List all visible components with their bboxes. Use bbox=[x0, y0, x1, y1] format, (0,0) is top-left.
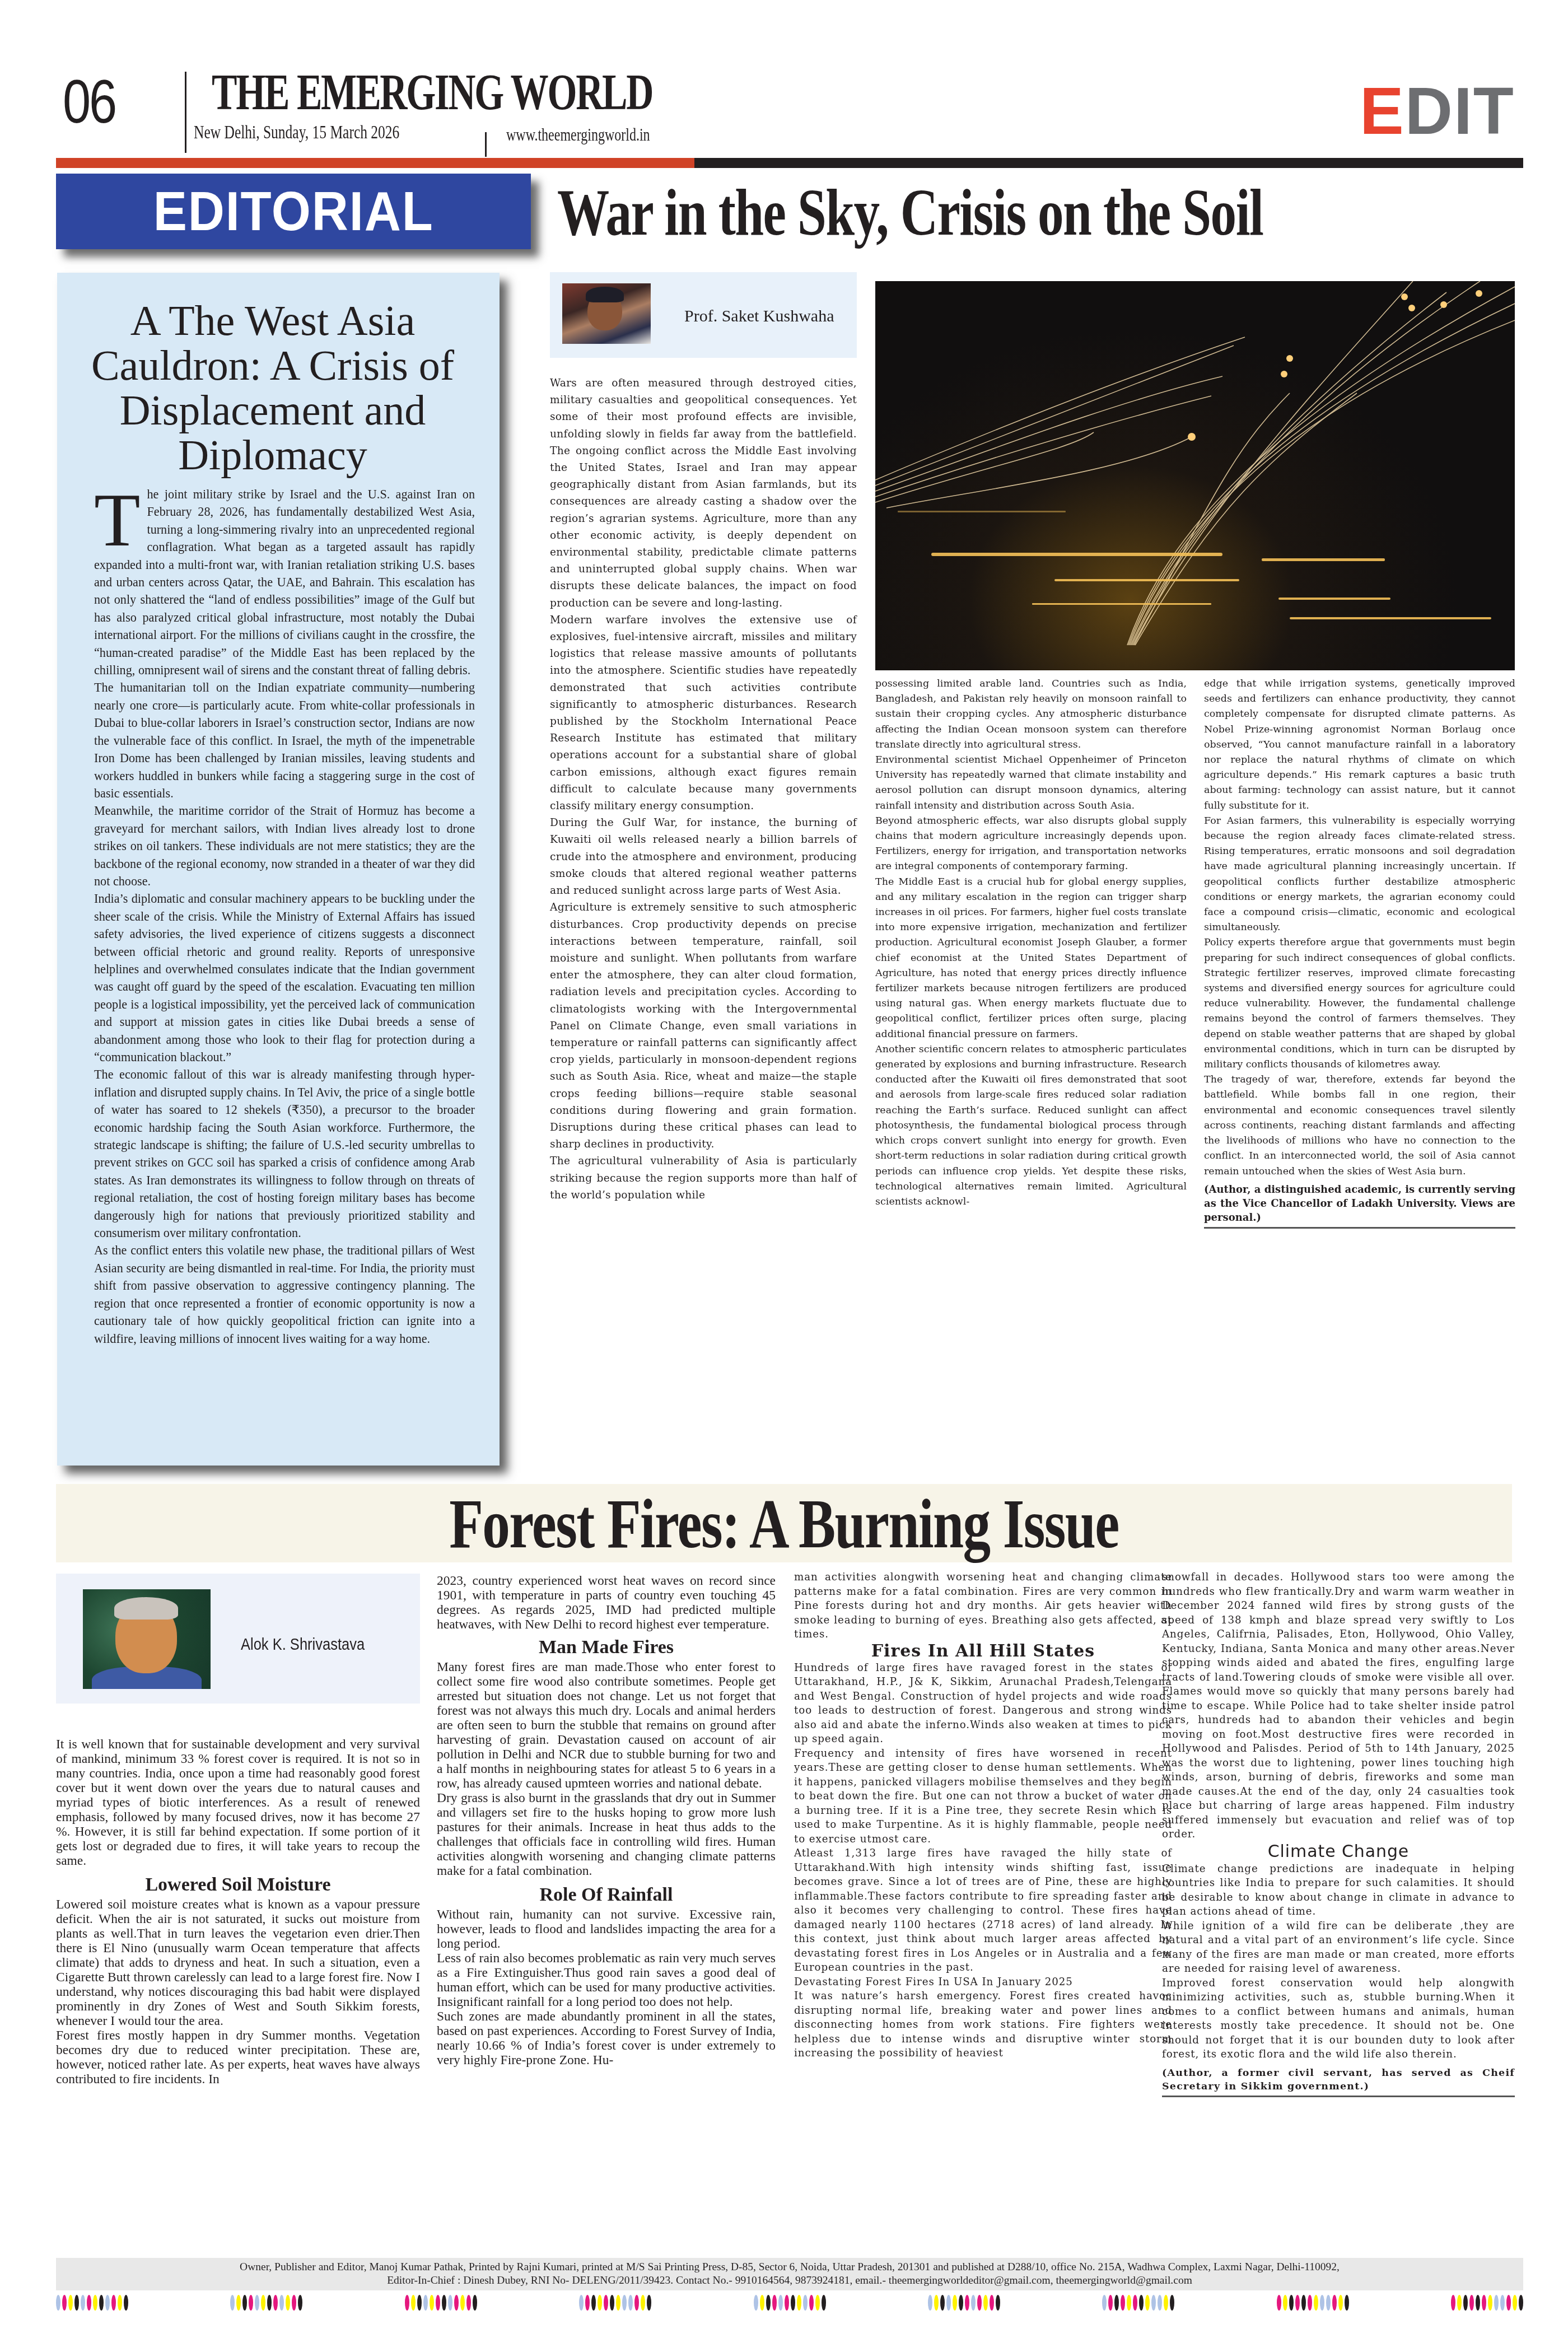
author-photo-kushwaha bbox=[562, 283, 651, 344]
registration-mark-group bbox=[928, 2295, 1000, 2312]
west-asia-paragraph: Meanwhile, the maritime corridor of the … bbox=[94, 802, 475, 890]
color-registration-marks bbox=[56, 2295, 1523, 2312]
registration-dot bbox=[616, 2295, 620, 2311]
hair-shape bbox=[114, 1597, 178, 1620]
masthead-bar-black bbox=[694, 158, 1523, 168]
article-paragraph: It is well known that for sustainable de… bbox=[56, 1737, 420, 1868]
forest-article-column-4: snowfall in decades. Hollywood stars too… bbox=[1162, 1570, 1515, 2097]
editorial-section-tag: EDITORIAL bbox=[56, 174, 531, 249]
registration-mark-group bbox=[579, 2295, 651, 2312]
registration-mark-group bbox=[754, 2295, 826, 2312]
registration-dot bbox=[242, 2295, 247, 2311]
registration-mark-group bbox=[1451, 2295, 1523, 2312]
registration-dot bbox=[93, 2295, 97, 2311]
registration-dot bbox=[604, 2295, 608, 2311]
page-number: 06 bbox=[63, 66, 115, 137]
registration-dot bbox=[809, 2295, 814, 2311]
author-note: (Author, a former civil servant, has ser… bbox=[1162, 2066, 1515, 2097]
registration-dot bbox=[1482, 2295, 1486, 2311]
author-card-shrivastava: Alok K. Shrivastava bbox=[56, 1574, 420, 1704]
registration-mark-group bbox=[405, 2295, 477, 2312]
registration-dot bbox=[1170, 2295, 1174, 2311]
print-imprint: Owner, Publisher and Editor, Manoj Kumar… bbox=[56, 2258, 1523, 2290]
article-paragraph: The tragedy of war, therefore, extends f… bbox=[1204, 1072, 1515, 1179]
article-paragraph: The Middle East is a crucial hub for glo… bbox=[875, 875, 1187, 1042]
registration-dot bbox=[1457, 2295, 1462, 2311]
article-paragraph: Lowered soil moisture creates what is kn… bbox=[56, 1897, 420, 2028]
registration-dot bbox=[1102, 2295, 1107, 2311]
registration-dot bbox=[279, 2295, 284, 2311]
article-paragraph: Such zones are made abundantly prominent… bbox=[437, 2009, 776, 2068]
registration-dot bbox=[1108, 2295, 1113, 2311]
registration-dot bbox=[977, 2295, 982, 2311]
west-asia-title: A The West Asia Cauldron: A Crisis of Di… bbox=[74, 298, 472, 478]
author-name: Prof. Saket Kushwaha bbox=[684, 307, 834, 326]
hair-shape bbox=[586, 287, 624, 302]
registration-dot bbox=[448, 2295, 452, 2311]
west-asia-paragraph: The joint military strike by Israel and … bbox=[94, 486, 475, 679]
forest-article-column-2: 2023, country experienced worst heat wav… bbox=[437, 1574, 776, 2068]
registration-dot bbox=[442, 2295, 446, 2311]
registration-dot bbox=[1488, 2295, 1492, 2311]
registration-dot bbox=[1513, 2295, 1517, 2311]
subhead-role-of-rainfall: Role Of Rainfall bbox=[437, 1883, 776, 1907]
article-paragraph: Forest fires mostly happen in dry Summer… bbox=[56, 2028, 420, 2087]
registration-dot bbox=[1320, 2295, 1324, 2311]
registration-dot bbox=[118, 2295, 122, 2311]
registration-dot bbox=[56, 2295, 60, 2311]
subhead-man-made-fires: Man Made Fires bbox=[437, 1635, 776, 1660]
website-link[interactable]: www.theemergingworld.in bbox=[506, 124, 650, 145]
imprint-line-2: Editor-In-Chief : Dinesh Dubey, RNI No- … bbox=[56, 2274, 1523, 2288]
registration-dot bbox=[946, 2295, 951, 2311]
registration-dot bbox=[928, 2295, 932, 2311]
article-paragraph: Dry grass is also burnt in the grassland… bbox=[437, 1791, 776, 1878]
registration-dot bbox=[634, 2295, 639, 2311]
registration-dot bbox=[87, 2295, 91, 2311]
war-article-column-3: edge that while irrigation systems, gene… bbox=[1204, 676, 1515, 1229]
article-paragraph: Hundreds of large fires have ravaged for… bbox=[794, 1661, 1172, 1747]
registration-dot bbox=[466, 2295, 471, 2311]
main-headline: War in the Sky, Crisis on the Soil bbox=[557, 178, 1263, 248]
article-paragraph: The agricultural vulnerability of Asia i… bbox=[550, 1153, 857, 1204]
registration-dot bbox=[822, 2295, 826, 2311]
editorial-tag-label: EDITORIAL bbox=[153, 180, 434, 243]
article-paragraph: Policy experts therefore argue that gove… bbox=[1204, 935, 1515, 1072]
subhead-fires-in-all-hill-states: Fires In All Hill States bbox=[794, 1642, 1172, 1661]
author-card-kushwaha: Prof. Saket Kushwaha bbox=[550, 272, 857, 358]
registration-dot bbox=[81, 2295, 85, 2311]
article-paragraph: Without rain, humanity can not survive. … bbox=[437, 1907, 776, 1951]
article-paragraph: Climate change predictions are inadequat… bbox=[1162, 1862, 1515, 1919]
forest-headline: Forest Fires: A Burning Issue bbox=[202, 1490, 1366, 1559]
article-paragraph: Another scientific concern relates to at… bbox=[875, 1042, 1187, 1210]
registration-dot bbox=[255, 2295, 259, 2311]
registration-dot bbox=[1164, 2295, 1168, 2311]
registration-dot bbox=[430, 2295, 434, 2311]
registration-dot bbox=[1463, 2295, 1468, 2311]
registration-dot bbox=[261, 2295, 265, 2311]
registration-dot bbox=[1121, 2295, 1125, 2311]
registration-dot bbox=[249, 2295, 253, 2311]
section-mark-e: E bbox=[1360, 74, 1405, 148]
registration-dot bbox=[1277, 2295, 1281, 2311]
registration-dot bbox=[1145, 2295, 1150, 2311]
forest-article-column-1: It is well known that for sustainable de… bbox=[56, 1737, 420, 2087]
registration-dot bbox=[423, 2295, 428, 2311]
registration-dot bbox=[996, 2295, 1000, 2311]
imprint-line-1: Owner, Publisher and Editor, Manoj Kumar… bbox=[56, 2261, 1523, 2274]
registration-dot bbox=[815, 2295, 820, 2311]
article-paragraph: edge that while irrigation systems, gene… bbox=[1204, 676, 1515, 814]
registration-dot bbox=[417, 2295, 422, 2311]
article-paragraph: Wars are often measured through destroye… bbox=[550, 375, 857, 612]
section-mark-rest: DIT bbox=[1405, 74, 1515, 148]
registration-dot bbox=[785, 2295, 789, 2311]
registration-dot bbox=[934, 2295, 939, 2311]
registration-dot bbox=[99, 2295, 104, 2311]
article-paragraph: Agriculture is extremely sensitive to su… bbox=[550, 899, 857, 1153]
article-paragraph: Less of rain also becomes problematic as… bbox=[437, 1951, 776, 2009]
registration-dot bbox=[1114, 2295, 1119, 2311]
registration-mark-group bbox=[230, 2295, 302, 2312]
registration-dot bbox=[405, 2295, 409, 2311]
dateline: New Delhi, Sunday, 15 March 2026 bbox=[194, 122, 399, 143]
article-paragraph: Beyond atmospheric effects, war also dis… bbox=[875, 814, 1187, 875]
registration-dot bbox=[641, 2295, 645, 2311]
registration-dot bbox=[1158, 2295, 1162, 2311]
masthead-color-bar bbox=[56, 158, 1523, 168]
paragraph-text: he joint military strike by Israel and t… bbox=[94, 487, 475, 677]
registration-dot bbox=[628, 2295, 633, 2311]
registration-dot bbox=[1326, 2295, 1331, 2311]
west-asia-editorial-box: A The West Asia Cauldron: A Crisis of Di… bbox=[57, 273, 500, 1466]
article-paragraph: Modern warfare involves the extensive us… bbox=[550, 612, 857, 815]
registration-dot bbox=[1308, 2295, 1312, 2311]
registration-dot bbox=[473, 2295, 477, 2311]
author-photo-shrivastava bbox=[83, 1589, 211, 1689]
article-paragraph: During the Gulf War, for instance, the b… bbox=[550, 815, 857, 899]
registration-dot bbox=[983, 2295, 988, 2311]
registration-dot bbox=[754, 2295, 758, 2311]
war-article-column-1: Wars are often measured through destroye… bbox=[550, 375, 857, 1204]
registration-dot bbox=[236, 2295, 241, 2311]
dateline-divider bbox=[485, 132, 487, 157]
registration-dot bbox=[579, 2295, 584, 2311]
article-paragraph: Frequency and intensity of fires have wo… bbox=[794, 1747, 1172, 1847]
registration-dot bbox=[1469, 2295, 1474, 2311]
article-paragraph: While ignition of a wild fire can be del… bbox=[1162, 1919, 1515, 1976]
registration-dot bbox=[267, 2295, 272, 2311]
registration-dot bbox=[959, 2295, 963, 2311]
registration-dot bbox=[591, 2295, 596, 2311]
registration-dot bbox=[411, 2295, 416, 2311]
article-paragraph: Environmental scientist Michael Oppenhei… bbox=[875, 753, 1187, 814]
article-paragraph: Many forest fires are man made.Those who… bbox=[437, 1660, 776, 1791]
article-paragraph: snowfall in decades. Hollywood stars too… bbox=[1162, 1570, 1515, 1842]
registration-dot bbox=[953, 2295, 957, 2311]
registration-dot bbox=[1451, 2295, 1455, 2311]
west-asia-paragraph: The economic fallout of this war is alre… bbox=[94, 1066, 475, 1242]
war-article-column-2: possessing limited arable land. Countrie… bbox=[875, 676, 1187, 1210]
article-paragraph: It was nature’s harsh emergency. Forest … bbox=[794, 1989, 1172, 2061]
registration-dot bbox=[1314, 2295, 1318, 2311]
registration-dot bbox=[124, 2295, 128, 2311]
registration-dot bbox=[778, 2295, 783, 2311]
missile-trails-illustration bbox=[875, 281, 1515, 670]
registration-dot bbox=[1283, 2295, 1287, 2311]
registration-dot bbox=[1506, 2295, 1511, 2311]
author-note: (Author, a distinguished academic, is cu… bbox=[1204, 1183, 1515, 1229]
registration-dot bbox=[797, 2295, 801, 2311]
registration-dot bbox=[68, 2295, 73, 2311]
registration-dot bbox=[585, 2295, 590, 2311]
registration-dot bbox=[760, 2295, 764, 2311]
registration-dot bbox=[971, 2295, 976, 2311]
registration-dot bbox=[74, 2295, 79, 2311]
registration-dot bbox=[791, 2295, 795, 2311]
registration-mark-group bbox=[1102, 2295, 1174, 2312]
registration-dot bbox=[230, 2295, 235, 2311]
registration-dot bbox=[1139, 2295, 1144, 2311]
registration-dot bbox=[1476, 2295, 1480, 2311]
registration-dot bbox=[436, 2295, 440, 2311]
registration-dot bbox=[598, 2295, 602, 2311]
registration-dot bbox=[647, 2295, 651, 2311]
masthead-divider bbox=[185, 72, 186, 153]
registration-dot bbox=[622, 2295, 627, 2311]
registration-dot bbox=[298, 2295, 302, 2311]
drop-cap: T bbox=[94, 491, 140, 550]
registration-dot bbox=[1295, 2295, 1300, 2311]
registration-dot bbox=[766, 2295, 771, 2311]
registration-dot bbox=[990, 2295, 994, 2311]
registration-dot bbox=[454, 2295, 459, 2311]
west-asia-paragraph: The humanitarian toll on the Indian expa… bbox=[94, 679, 475, 802]
registration-dot bbox=[1127, 2295, 1131, 2311]
article-inline-subhead: Devastating Forest Fires In USA In Janua… bbox=[794, 1975, 1172, 1990]
registration-dot bbox=[273, 2295, 278, 2311]
west-asia-body: The joint military strike by Israel and … bbox=[94, 486, 475, 1347]
registration-dot bbox=[1500, 2295, 1505, 2311]
section-mark-edit: EDIT bbox=[1360, 78, 1515, 144]
registration-dot bbox=[460, 2295, 465, 2311]
author-name: Alok K. Shrivastava bbox=[241, 1635, 365, 1654]
subhead-climate-change: Climate Change bbox=[1162, 1842, 1515, 1862]
registration-mark-group bbox=[1277, 2295, 1349, 2312]
registration-dot bbox=[1338, 2295, 1343, 2311]
registration-dot bbox=[111, 2295, 116, 2311]
forest-headline-band: Forest Fires: A Burning Issue bbox=[56, 1484, 1512, 1562]
registration-dot bbox=[1519, 2295, 1523, 2311]
registration-dot bbox=[1494, 2295, 1499, 2311]
article-paragraph: 2023, country experienced worst heat wav… bbox=[437, 1574, 776, 1632]
registration-dot bbox=[105, 2295, 110, 2311]
registration-mark-group bbox=[56, 2295, 128, 2312]
west-asia-paragraph: As the conflict enters this volatile new… bbox=[94, 1242, 475, 1347]
masthead-bar-red bbox=[56, 158, 694, 168]
registration-dot bbox=[1345, 2295, 1349, 2311]
registration-dot bbox=[1151, 2295, 1156, 2311]
registration-dot bbox=[803, 2295, 808, 2311]
article-paragraph: Improved forest conservation would help … bbox=[1162, 1976, 1515, 2062]
registration-dot bbox=[1301, 2295, 1306, 2311]
registration-dot bbox=[772, 2295, 777, 2311]
subhead-lowered-soil-moisture: Lowered Soil Moisture bbox=[56, 1873, 420, 1897]
registration-dot bbox=[286, 2295, 290, 2311]
registration-dot bbox=[1133, 2295, 1137, 2311]
registration-dot bbox=[292, 2295, 296, 2311]
west-asia-paragraph: India’s diplomatic and consular machiner… bbox=[94, 890, 475, 1066]
forest-article-column-3: man activities alongwith worsening heat … bbox=[794, 1570, 1172, 2061]
newspaper-name: THE EMERGING WORLD bbox=[212, 66, 652, 118]
registration-dot bbox=[940, 2295, 945, 2311]
article-paragraph: possessing limited arable land. Countrie… bbox=[875, 676, 1187, 753]
registration-dot bbox=[965, 2295, 969, 2311]
registration-dot bbox=[610, 2295, 614, 2311]
registration-dot bbox=[1289, 2295, 1294, 2311]
article-paragraph: man activities alongwith worsening heat … bbox=[794, 1570, 1172, 1642]
article-paragraph: For Asian farmers, this vulnerability is… bbox=[1204, 814, 1515, 936]
missile-trails-photo bbox=[875, 281, 1515, 670]
registration-dot bbox=[62, 2295, 67, 2311]
article-paragraph: Atleast 1,313 large fires have ravaged t… bbox=[794, 1846, 1172, 1975]
registration-dot bbox=[1332, 2295, 1337, 2311]
masthead: 06 THE EMERGING WORLD New Delhi, Sunday,… bbox=[0, 0, 1568, 168]
